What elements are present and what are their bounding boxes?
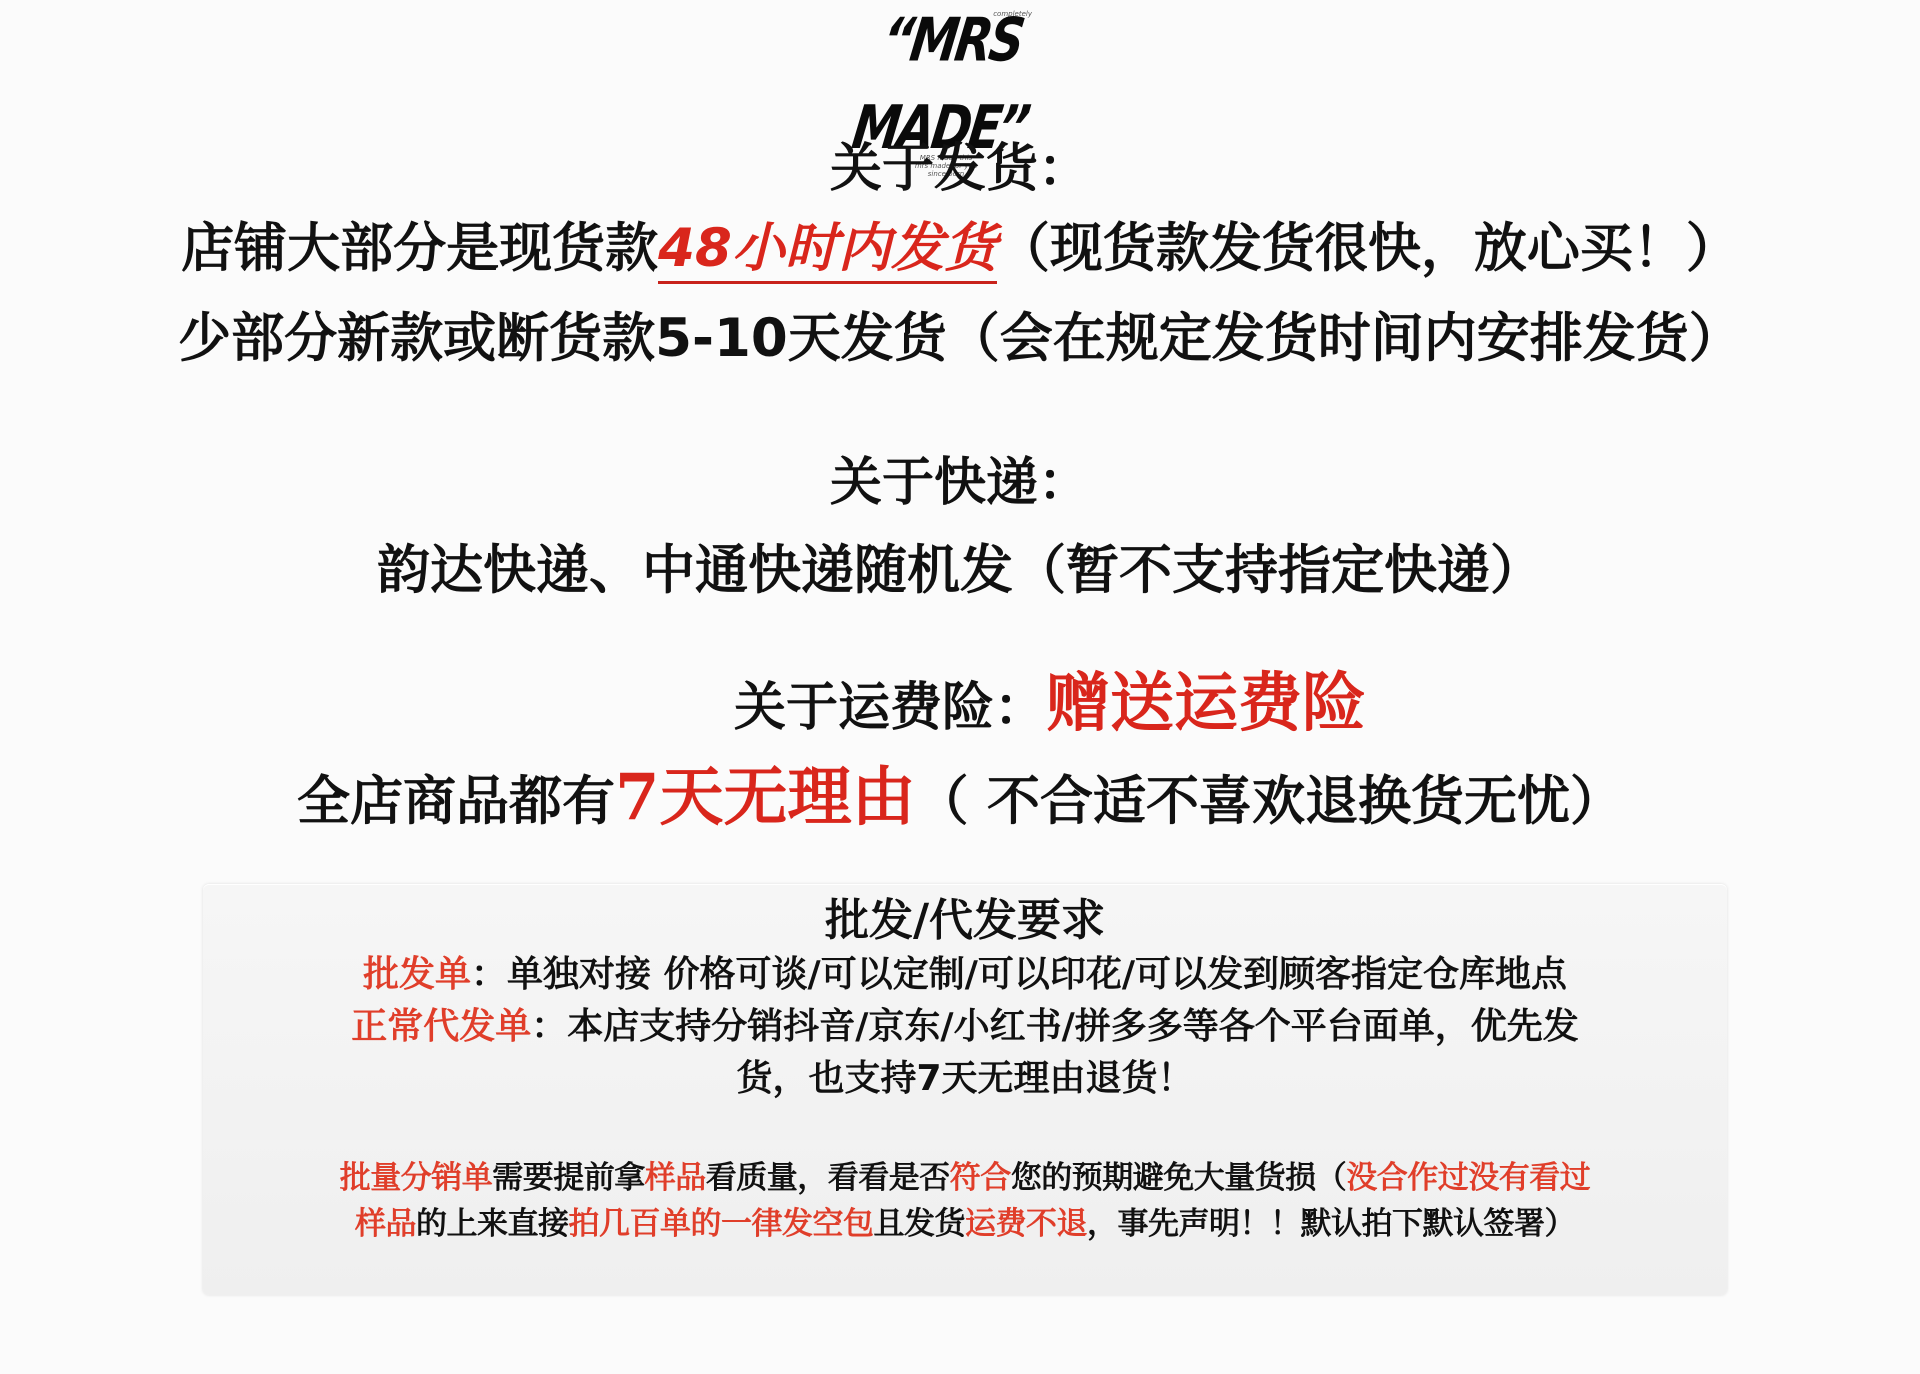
shipping-48h-highlight: 48小时内发货 <box>658 218 997 284</box>
dropship-order-line: 正常代发单：本店支持分销抖音/京东/小红书/拼多多等各个平台面单，优先发 <box>203 998 1727 1049</box>
notice-segment: 且发货 <box>874 1206 966 1242</box>
bulk-notice-line-1: 批量分销单需要提前拿样品看质量，看看是否符合您的预期避免大量货损（没合作过没有看… <box>203 1152 1727 1197</box>
return-policy-suffix: （ 不合适不喜欢退换货无忧） <box>916 771 1623 832</box>
notice-segment: 的上来直接 <box>416 1206 569 1242</box>
wholesale-requirements-panel: 批发/代发要求 批发单：单独对接 价格可谈/可以定制/可以印花/可以发到顾客指定… <box>203 884 1727 1295</box>
shipping-line-1: 店铺大部分是现货款48小时内发货（现货款发货很快，放心买！） <box>0 206 1920 282</box>
courier-heading: 关于快递： <box>0 440 1920 515</box>
notice-segment: 没合作过没有看过 <box>1346 1160 1590 1196</box>
insurance-heading: 关于运费险： <box>734 678 1046 738</box>
shipping-line-2: 少部分新款或断货款5-10天发货（会在规定发货时间内安排发货） <box>0 296 1920 372</box>
notice-segment: ，事先声明！！默认拍下默认签署） <box>1087 1206 1575 1242</box>
notice-segment: 样品 <box>645 1160 706 1196</box>
courier-line: 韵达快递、中通快递随机发（暂不支持指定快递） <box>0 528 1920 604</box>
bulk-notice-line-2: 样品的上来直接拍几百单的一律发空包且发货运费不退，事先声明！！默认拍下默认签署） <box>203 1198 1727 1243</box>
shipping-line-1-suffix: （现货款发货很快，放心买！） <box>997 218 1739 279</box>
dropship-order-text: ：本店支持分销抖音/京东/小红书/拼多多等各个平台面单，优先发 <box>531 1006 1578 1047</box>
insurance-highlight: 赠送运费险 <box>1046 666 1366 741</box>
notice-segment: 您的预期避免大量货损（ <box>1011 1160 1347 1196</box>
brand-logo: completely “MRS MADE” MRS made this mrs … <box>830 4 1062 122</box>
shipping-line-1-prefix: 店铺大部分是现货款 <box>181 218 658 279</box>
notice-segment: 需要提前拿 <box>492 1160 645 1196</box>
wholesale-order-label: 批发单 <box>363 954 471 995</box>
wholesale-panel-title: 批发/代发要求 <box>203 884 1727 948</box>
dropship-order-label: 正常代发单 <box>351 1006 531 1047</box>
wholesale-order-text: ：单独对接 价格可谈/可以定制/可以印花/可以发到顾客指定仓库地点 <box>471 954 1567 995</box>
notice-segment: 批量分销单 <box>340 1160 493 1196</box>
dropship-order-line-2: 货，也支持7天无理由退货！ <box>203 1050 1727 1101</box>
notice-segment: 看质量，看看是否 <box>706 1160 950 1196</box>
notice-segment: 符合 <box>950 1160 1011 1196</box>
notice-segment: 样品 <box>355 1206 416 1242</box>
seven-day-return-highlight: 7天无理由 <box>615 760 916 835</box>
wholesale-order-line: 批发单：单独对接 价格可谈/可以定制/可以印花/可以发到顾客指定仓库地点 <box>203 946 1727 997</box>
shipping-heading: 关于发货： <box>0 126 1920 201</box>
notice-segment: 运费不退 <box>965 1206 1087 1242</box>
return-policy-prefix: 全店商品都有 <box>297 771 615 832</box>
notice-segment: 拍几百单的一律发空包 <box>569 1206 874 1242</box>
return-policy-line: 全店商品都有7天无理由（ 不合适不喜欢退换货无忧） <box>0 746 1920 838</box>
insurance-heading-line: 关于运费险：赠送运费险 <box>0 652 1920 744</box>
